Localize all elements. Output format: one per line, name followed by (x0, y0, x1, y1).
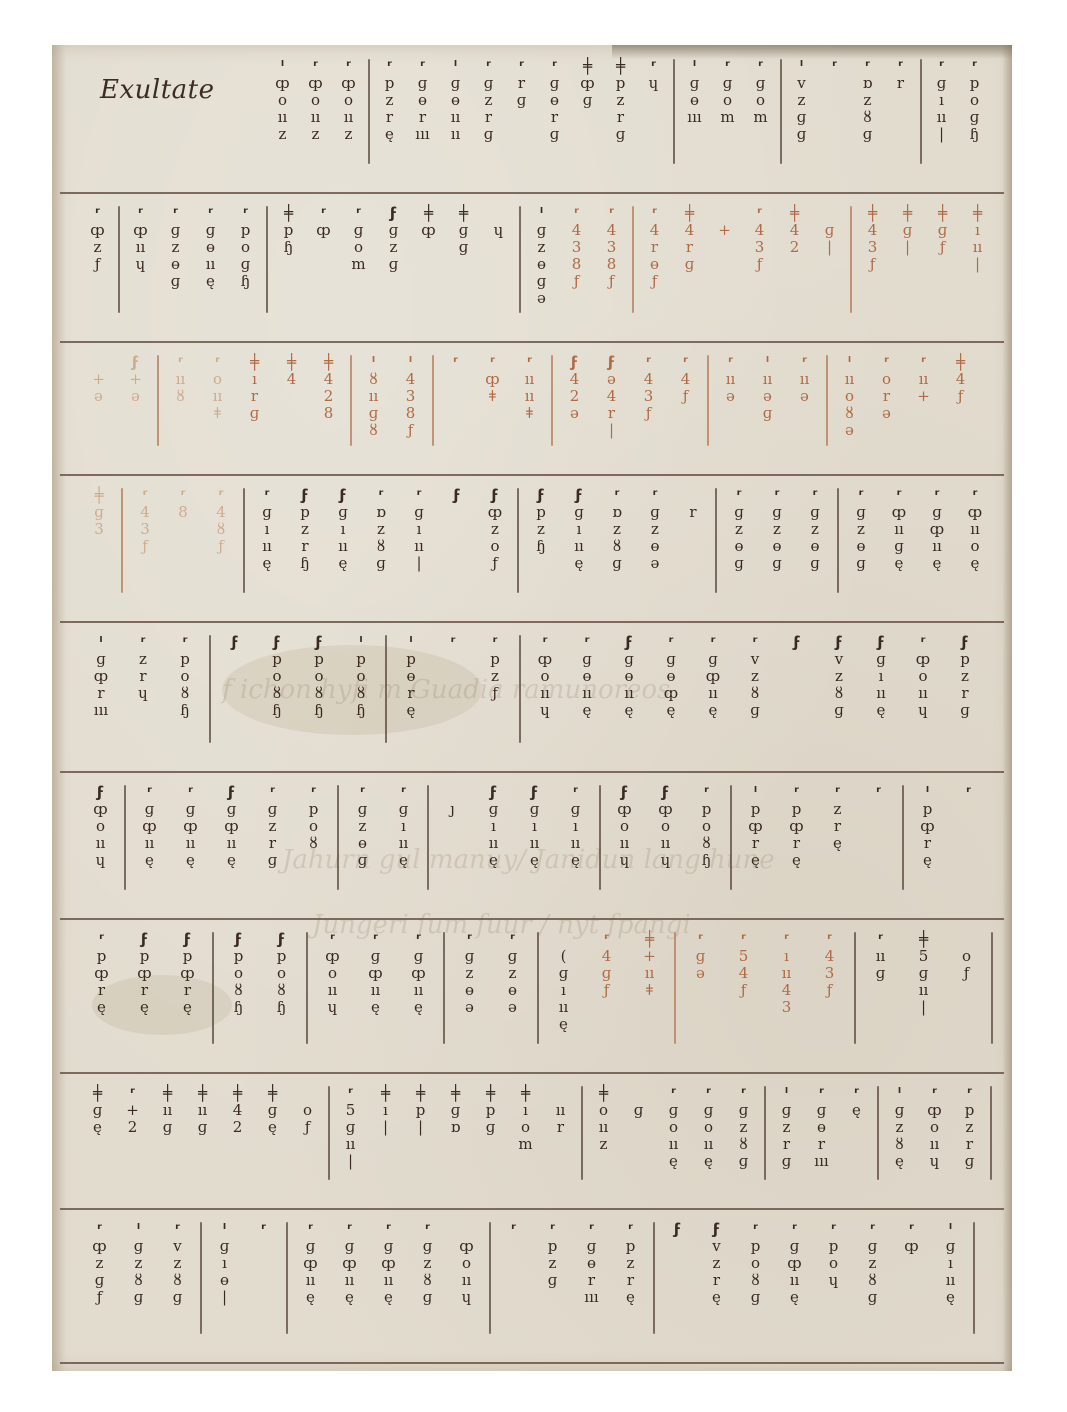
tablature-glyph: ɥ (136, 256, 146, 273)
tablature-glyph: ɧ (356, 702, 366, 719)
tablature-glyph: | (609, 422, 614, 439)
tablature-glyph: ƒ (574, 273, 580, 290)
tablature-glyph: ɡ (423, 1238, 433, 1255)
bar-line (519, 635, 521, 743)
tablature-glyph: ǝ (570, 405, 579, 422)
rhythm-flag: ʳ (313, 57, 318, 75)
tablature-glyph: ȹ (916, 651, 930, 668)
tablature-column: ʳɡȹııę (354, 922, 397, 1016)
tablature-glyph: ƒ (97, 1289, 103, 1306)
tablature-glyph: ɡ (306, 1238, 316, 1255)
tablature-column: ʳɡzɵɡ (158, 196, 193, 290)
tablature-column: ϝvzrę (697, 1212, 736, 1306)
tablature-glyph: ȹ (892, 504, 906, 521)
rhythm-flag: ʳ (574, 204, 579, 222)
rhythm-flag: ʳ (651, 57, 656, 75)
tablature-column: ╪ııɡ (150, 1076, 185, 1136)
tablature-glyph: ȹ (94, 668, 108, 685)
tablature-glyph: ıı (414, 982, 424, 999)
tablature-glyph: ǝ (882, 405, 891, 422)
tablature-glyph: ( (561, 948, 567, 965)
rhythm-flag: ʳ (321, 204, 326, 222)
tablature-column: ʳr (884, 49, 917, 92)
tablature-glyph: r (818, 1136, 825, 1153)
tablature-column: ʳııɡ (859, 922, 902, 982)
tablature-glyph: ɡ (666, 651, 676, 668)
tablature-glyph: z (386, 92, 394, 109)
tablature-glyph: ę (384, 1289, 393, 1306)
ruling-line (60, 1072, 1004, 1074)
tablature-glyph: ȣ (835, 685, 843, 702)
tablature-column: ˡııǝɡ (749, 345, 786, 422)
tablature-glyph: ɡ (696, 948, 706, 965)
tablature-glyph: z (783, 1119, 791, 1136)
rhythm-flag: ʳ (453, 353, 458, 371)
tablature-column: ʳɡzȣɡ (408, 1212, 447, 1306)
tablature-column: ʳ4ƒ (667, 345, 704, 405)
tablature-glyph: r (419, 109, 426, 126)
rhythm-flag: ʳ (208, 204, 213, 222)
rhythm-flag: ʳ (356, 204, 361, 222)
tablature-glyph: 4 (790, 222, 800, 239)
tablature-glyph: ɡ (582, 651, 592, 668)
tablature-glyph: ȹ (368, 965, 382, 982)
tablature-glyph: ɡ (919, 965, 929, 982)
tablature-glyph: ɡ (134, 1238, 144, 1255)
tablature-glyph: 4 (602, 948, 612, 965)
tablature-glyph: ȹ (93, 801, 107, 818)
tablature-column: ˡɡzȣɡ (119, 1212, 158, 1306)
tablature-glyph: ɵ (666, 668, 675, 685)
tablature-glyph: ɵ (772, 538, 781, 555)
tablature-glyph: o (344, 92, 353, 109)
tablature-glyph: ɧ (300, 555, 310, 572)
rhythm-flag: ϝ (235, 930, 242, 948)
tablature-column: ıır (543, 1076, 578, 1136)
tablature-column: ʳɡȹııę (330, 1212, 369, 1306)
rhythm-flag: ϝ (390, 204, 397, 222)
tablature-column: ʳȹǂ (474, 345, 511, 405)
tablature-glyph: ɡ (376, 555, 386, 572)
tablature-column: ˡpoȣɧ (340, 625, 382, 719)
tablature-glyph: ııı (584, 1289, 598, 1306)
tablature-column: ʳ43ƒ (630, 345, 667, 422)
tablature-glyph: ɵ (418, 92, 427, 109)
rhythm-flag: ʳ (573, 783, 578, 801)
tablature-column: ϝɡıııę (514, 775, 555, 869)
tablature-glyph: ę (667, 702, 676, 719)
tablature-glyph: ę (206, 273, 215, 290)
tablature-glyph: o (311, 92, 320, 109)
tablature-glyph: z (466, 965, 474, 982)
tablature-column: ʳɡɵııę (566, 625, 608, 719)
tablature-glyph: p (406, 651, 416, 668)
tablature-column: ʳ8 (164, 478, 202, 521)
tablature-column: ˡpɵrę (390, 625, 432, 719)
tablature-system-4: ╪ɡ3ʳ43ƒʳ8ʳ4ȣƒʳɡıııęϝpzrɧϝɡıııęʳɒzȣɡʳɡııı… (66, 478, 1002, 619)
tablature-glyph: ę (140, 999, 149, 1016)
tablature-glyph: ɵ (206, 239, 215, 256)
tablature-column: ╪4 (273, 345, 310, 388)
tablature-glyph: p (97, 948, 107, 965)
rhythm-flag: ʳ (609, 204, 614, 222)
tablature-glyph: ǝ (800, 388, 809, 405)
rhythm-flag: ϝ (278, 930, 285, 948)
tablature-glyph: ɡ (932, 504, 942, 521)
tablature-glyph: 3 (868, 239, 878, 256)
tablature-glyph: ƒ (827, 982, 833, 999)
tablature-glyph: ɡ (734, 555, 744, 572)
tablature-column: ϝ+ǝ (117, 345, 154, 405)
tablature-glyph: v (797, 75, 805, 92)
tablature-column: (ɡıııę (542, 922, 585, 1033)
tablature-column: ʳɡȹııę (775, 1212, 814, 1306)
tablature-glyph: z (834, 801, 842, 818)
rhythm-flag: ˡ (926, 783, 929, 801)
tablature-glyph: ɡ (937, 75, 947, 92)
tablature-glyph: ǂ (526, 405, 533, 422)
tablature-glyph: ı (532, 818, 537, 835)
tablature-glyph: m (518, 1136, 532, 1153)
rhythm-flag: ʳ (510, 930, 515, 948)
rhythm-flag: ╪ (416, 1084, 425, 1102)
tablature-column: ʳzrɥ (122, 625, 164, 702)
tablature-glyph: r (713, 1272, 720, 1289)
tablature-glyph: ɡ (634, 1102, 644, 1119)
rhythm-flag: ╪ (233, 1084, 242, 1102)
tablature-glyph: ɧ (272, 702, 282, 719)
rhythm-flag: ʳ (794, 783, 799, 801)
rhythm-flag: ʳ (243, 204, 248, 222)
ruling-line (60, 474, 1004, 476)
rhythm-flag: ʳ (725, 57, 730, 75)
rhythm-flag: ╪ (287, 353, 296, 371)
tablature-glyph: 4 (406, 371, 416, 388)
tablature-glyph: + (92, 371, 105, 388)
bar-line (286, 1222, 288, 1334)
rhythm-flag: ʳ (615, 486, 620, 504)
tablature-glyph: ę (489, 852, 498, 869)
tablature-glyph: ɡ (250, 405, 260, 422)
tablature-glyph: z (509, 965, 517, 982)
tablature-glyph: r (686, 239, 693, 256)
tablature-glyph: ıı (451, 126, 461, 143)
tablature-column: ʳ (948, 775, 989, 801)
tablature-column: ʳɒzȣɡ (362, 478, 400, 572)
tablature-glyph: r (783, 1136, 790, 1153)
tablature-glyph: z (869, 1255, 877, 1272)
tablature-glyph: ɡ (171, 222, 181, 239)
tablature-glyph: ɡ (669, 1102, 679, 1119)
tablature-column: ˡɡȹrııı (80, 625, 122, 719)
rhythm-flag: ϝ (453, 486, 460, 504)
tablature-glyph: ɡ (704, 1102, 714, 1119)
bar-line (157, 355, 159, 446)
tablature-column: ʳpzƒ (474, 625, 516, 702)
tablature-column: +ǝ (80, 345, 117, 405)
tablature-column: ʳɡom (711, 49, 744, 126)
tablature-glyph: p (751, 801, 761, 818)
bar-line (337, 785, 339, 890)
tablature-column: ˡɡıɵ| (205, 1212, 244, 1306)
rhythm-flag: ʳ (932, 1084, 937, 1102)
tablature-column: ʳ43ƒ (742, 196, 777, 273)
rhythm-flag: ʳ (878, 930, 883, 948)
tablature-system-2: ʳȹzƒʳȹııɥʳɡzɵɡʳɡɵııęʳpoɡɧ╪pɧʳȹʳɡomϝɡzɡ╪ȹ… (66, 196, 1002, 339)
tablature-column: ˡȹoıız (266, 49, 299, 143)
rhythm-flag: ʳ (859, 486, 864, 504)
tablature-glyph: z (651, 521, 659, 538)
tablature-glyph: ɡ (734, 504, 744, 521)
tablature-glyph: ɡ (369, 405, 379, 422)
tablature-glyph: z (811, 521, 819, 538)
bar-line (673, 59, 675, 164)
tablature-glyph: o (599, 1102, 608, 1119)
tablature-glyph: ɡ (173, 1289, 183, 1306)
tablature-column: ╪ɡę (80, 1076, 115, 1136)
tablature-glyph: z (896, 1119, 904, 1136)
tablature-glyph: ɥ (328, 999, 338, 1016)
tablature-column: ʳııȣ (162, 345, 199, 405)
tablature-glyph: ıı (451, 109, 461, 126)
tablature-glyph: 4 (287, 371, 297, 388)
rhythm-flag: ϝ (301, 486, 308, 504)
bar-line (519, 206, 521, 313)
tablature-glyph: p (314, 651, 324, 668)
tablature-glyph: ɡ (685, 256, 695, 273)
tablature-glyph: z (94, 239, 102, 256)
tablature-glyph: ǂ (214, 405, 221, 422)
tablature-glyph: ę (923, 852, 932, 869)
rhythm-flag: ϝ (674, 1220, 681, 1238)
rhythm-flag (690, 486, 695, 504)
tablature-glyph: ɡ (459, 222, 469, 239)
tablature-glyph: z (617, 92, 625, 109)
tablature-glyph: 5 (739, 948, 749, 965)
bar-line (209, 635, 211, 743)
tablature-glyph: ɡ (772, 504, 782, 521)
tablature-glyph: o (669, 1119, 678, 1136)
tablature-glyph: ƒ (964, 965, 970, 982)
tablature-glyph: ę (971, 555, 980, 572)
tablature-column: ʳȹııɥ (123, 196, 158, 273)
rhythm-flag: ʳ (939, 57, 944, 75)
bar-line (200, 1222, 202, 1334)
tablature-glyph: p (300, 504, 310, 521)
tablature-column: ʳorǝ (868, 345, 905, 422)
tablature-column: ╪ɡę (255, 1076, 290, 1136)
tablature-glyph: ȹ (927, 1102, 941, 1119)
tablature-glyph: ɡ (790, 1238, 800, 1255)
tablature-glyph: p (140, 948, 150, 965)
tablature-glyph: 5 (346, 1102, 356, 1119)
tablature-glyph: ɥ (918, 702, 928, 719)
tablature-glyph: ɡ (389, 256, 399, 273)
tablature-glyph: m (351, 256, 365, 273)
tablature-glyph: m (720, 109, 734, 126)
tablature-glyph: 4 (216, 504, 226, 521)
tablature-glyph: o (704, 1119, 713, 1136)
tablature-glyph: ǝ (651, 555, 660, 572)
rhythm-flag: ʳ (758, 57, 763, 75)
tablature-glyph: ıı (345, 1272, 355, 1289)
tablature-column: ȹoııɥ (447, 1212, 486, 1306)
tablature-glyph: ɡ (145, 801, 155, 818)
tablature-glyph: p (536, 504, 546, 521)
tablature-glyph: r (301, 538, 308, 555)
rhythm-flag: ʳ (704, 783, 709, 801)
rhythm-flag: ╪ (919, 930, 928, 948)
tablature-column: ʳȹoııɥ (917, 1076, 952, 1170)
bar-line (432, 355, 434, 446)
tablature-column: ˡ438ƒ (392, 345, 429, 439)
tablature-glyph: | (348, 1153, 353, 1170)
tablature-glyph: o (756, 92, 765, 109)
rhythm-flag: ʳ (130, 1084, 135, 1102)
tablature-glyph: ıı (540, 685, 550, 702)
tablature-column: ʳııǝ (712, 345, 749, 405)
tablature-glyph: ȣ (863, 109, 871, 126)
tablature-glyph: z (485, 92, 493, 109)
tablature-glyph: ę (704, 1153, 713, 1170)
tablature-glyph: z (377, 521, 385, 538)
tablature-glyph: ı (341, 521, 346, 538)
tablature-glyph: | (905, 239, 910, 256)
tablature-column: ʳɡzȣɡ (853, 1212, 892, 1306)
tablature-glyph: ȣ (377, 538, 385, 555)
tablature-glyph: ɒ (863, 75, 873, 92)
tablature-glyph: ɡ (559, 965, 569, 982)
tablature-glyph: ɡ (550, 126, 560, 143)
tablature-glyph: 8 (406, 405, 416, 422)
tablature-glyph: ıı (530, 835, 540, 852)
rhythm-flag: ʳ (897, 486, 902, 504)
tablature-glyph: ę (407, 702, 416, 719)
tablature-glyph: ıı (414, 538, 424, 555)
tablature-glyph: ɡ (186, 801, 196, 818)
rhythm-flag: ╪ (198, 1084, 207, 1102)
tablature-column: ϝvzȣɡ (818, 625, 860, 719)
tablature-column: ʳrɡ (505, 49, 538, 109)
rhythm-flag: ϝ (231, 633, 238, 651)
tablature-column: ʳııı43 (765, 922, 808, 1016)
bar-line (124, 785, 126, 890)
tablature-glyph: z (139, 651, 147, 668)
tablature-glyph: ıı (919, 371, 929, 388)
rhythm-flag: ╪ (381, 1084, 390, 1102)
tablature-column: ʳɡıııę (555, 775, 596, 869)
tablature-glyph: ɡ (489, 801, 499, 818)
tablature-glyph: z (740, 1119, 748, 1136)
tablature-glyph: + (129, 371, 142, 388)
tablature-column: ϝpȹrę (166, 922, 209, 1016)
bar-line (780, 59, 782, 164)
tablature-column: ʳɡzɵɡ (796, 478, 834, 572)
tablature-column: ʳɡzɵɡ (842, 478, 880, 572)
tablature-glyph: ȹ (381, 1255, 395, 1272)
tablature-glyph: o (661, 818, 670, 835)
rhythm-flag: ˡ (99, 633, 102, 651)
tablature-glyph: ıı (399, 835, 409, 852)
tablature-glyph: 4 (685, 222, 695, 239)
tablature-glyph: z (279, 126, 287, 143)
rhythm-flag: ʳ (671, 1084, 676, 1102)
tablature-glyph: ǝ (465, 999, 474, 1016)
tablature-glyph: z (835, 668, 843, 685)
tablature-column: ʳ (494, 1212, 533, 1238)
rhythm-flag: ╪ (616, 57, 625, 75)
tablature-glyph: v (835, 651, 843, 668)
tablature-glyph: ȷ (450, 801, 455, 818)
tablature-column: ʳɡȹııę (129, 775, 170, 869)
rhythm-flag: ˡ (949, 1220, 952, 1238)
tablature-glyph: z (798, 92, 806, 109)
tablature-glyph: ɵ (856, 538, 865, 555)
tablature-column: ʳȹoıız (299, 49, 332, 143)
rhythm-flag: ϝ (97, 783, 104, 801)
tablature-glyph: ȣ (234, 982, 242, 999)
rhythm-flag: ╪ (93, 1084, 102, 1102)
tablature-glyph: ı (879, 668, 884, 685)
tablature-glyph: ıı (970, 521, 980, 538)
rhythm-flag: ʳ (219, 486, 224, 504)
tablature-column: ˡɡzɵɡǝ (524, 196, 559, 307)
rhythm-flag: ╪ (521, 1084, 530, 1102)
tablature-glyph: ɡ (895, 1102, 905, 1119)
tablature-column: ʳpzrę (373, 49, 406, 143)
bar-line (443, 932, 445, 1044)
tablature-glyph: ɡ (451, 75, 461, 92)
tablature-glyph: 3 (406, 388, 416, 405)
tablature-glyph: p (272, 651, 282, 668)
tablature-glyph: ǝ (607, 371, 616, 388)
tablature-glyph: ɡ (537, 273, 547, 290)
tablature-glyph: ɡ (876, 651, 886, 668)
tablature-glyph: 2 (233, 1119, 243, 1136)
tablature-glyph: r (485, 109, 492, 126)
tablature-glyph: ɡ (198, 1119, 208, 1136)
tablature-glyph: r (897, 75, 904, 92)
tablature-glyph: o (882, 371, 891, 388)
rhythm-flag: ʳ (827, 930, 832, 948)
tablature-glyph: ɡ (797, 126, 807, 143)
bar-line (328, 1086, 330, 1180)
rhythm-flag: ʳ (97, 1220, 102, 1238)
page-edge-right (1002, 45, 1012, 1371)
tablature-glyph: ɡ (612, 555, 622, 572)
rhythm-flag: ʳ (261, 1220, 266, 1238)
tablature-column: ʳɡȹııę (692, 625, 734, 719)
tablature-glyph: ę (852, 1102, 861, 1119)
tablature-glyph: ȹ (658, 801, 672, 818)
tablature-glyph: ɡ (723, 75, 733, 92)
tablature-glyph: z (857, 521, 865, 538)
tablature-column: ˡɡɵıııı (439, 49, 472, 143)
tablature-glyph: 4 (607, 222, 617, 239)
rhythm-flag: ˡ (766, 353, 769, 371)
tablature-glyph: ƒ (940, 239, 946, 256)
tablature-glyph: p (486, 1102, 496, 1119)
tablature-glyph: ȹ (275, 75, 289, 92)
tablature-glyph: z (491, 521, 499, 538)
tablature-column: ʳpoȣɧ (164, 625, 206, 719)
tablature-glyph: ȣ (751, 685, 759, 702)
tablature-column: ╪4ƒ (942, 345, 979, 405)
tablature-glyph: ɵ (550, 92, 559, 109)
tablature-column: ʳpzrę (611, 1212, 650, 1306)
ruling-line (60, 1362, 1004, 1364)
tablature-glyph: ɡ (414, 948, 424, 965)
